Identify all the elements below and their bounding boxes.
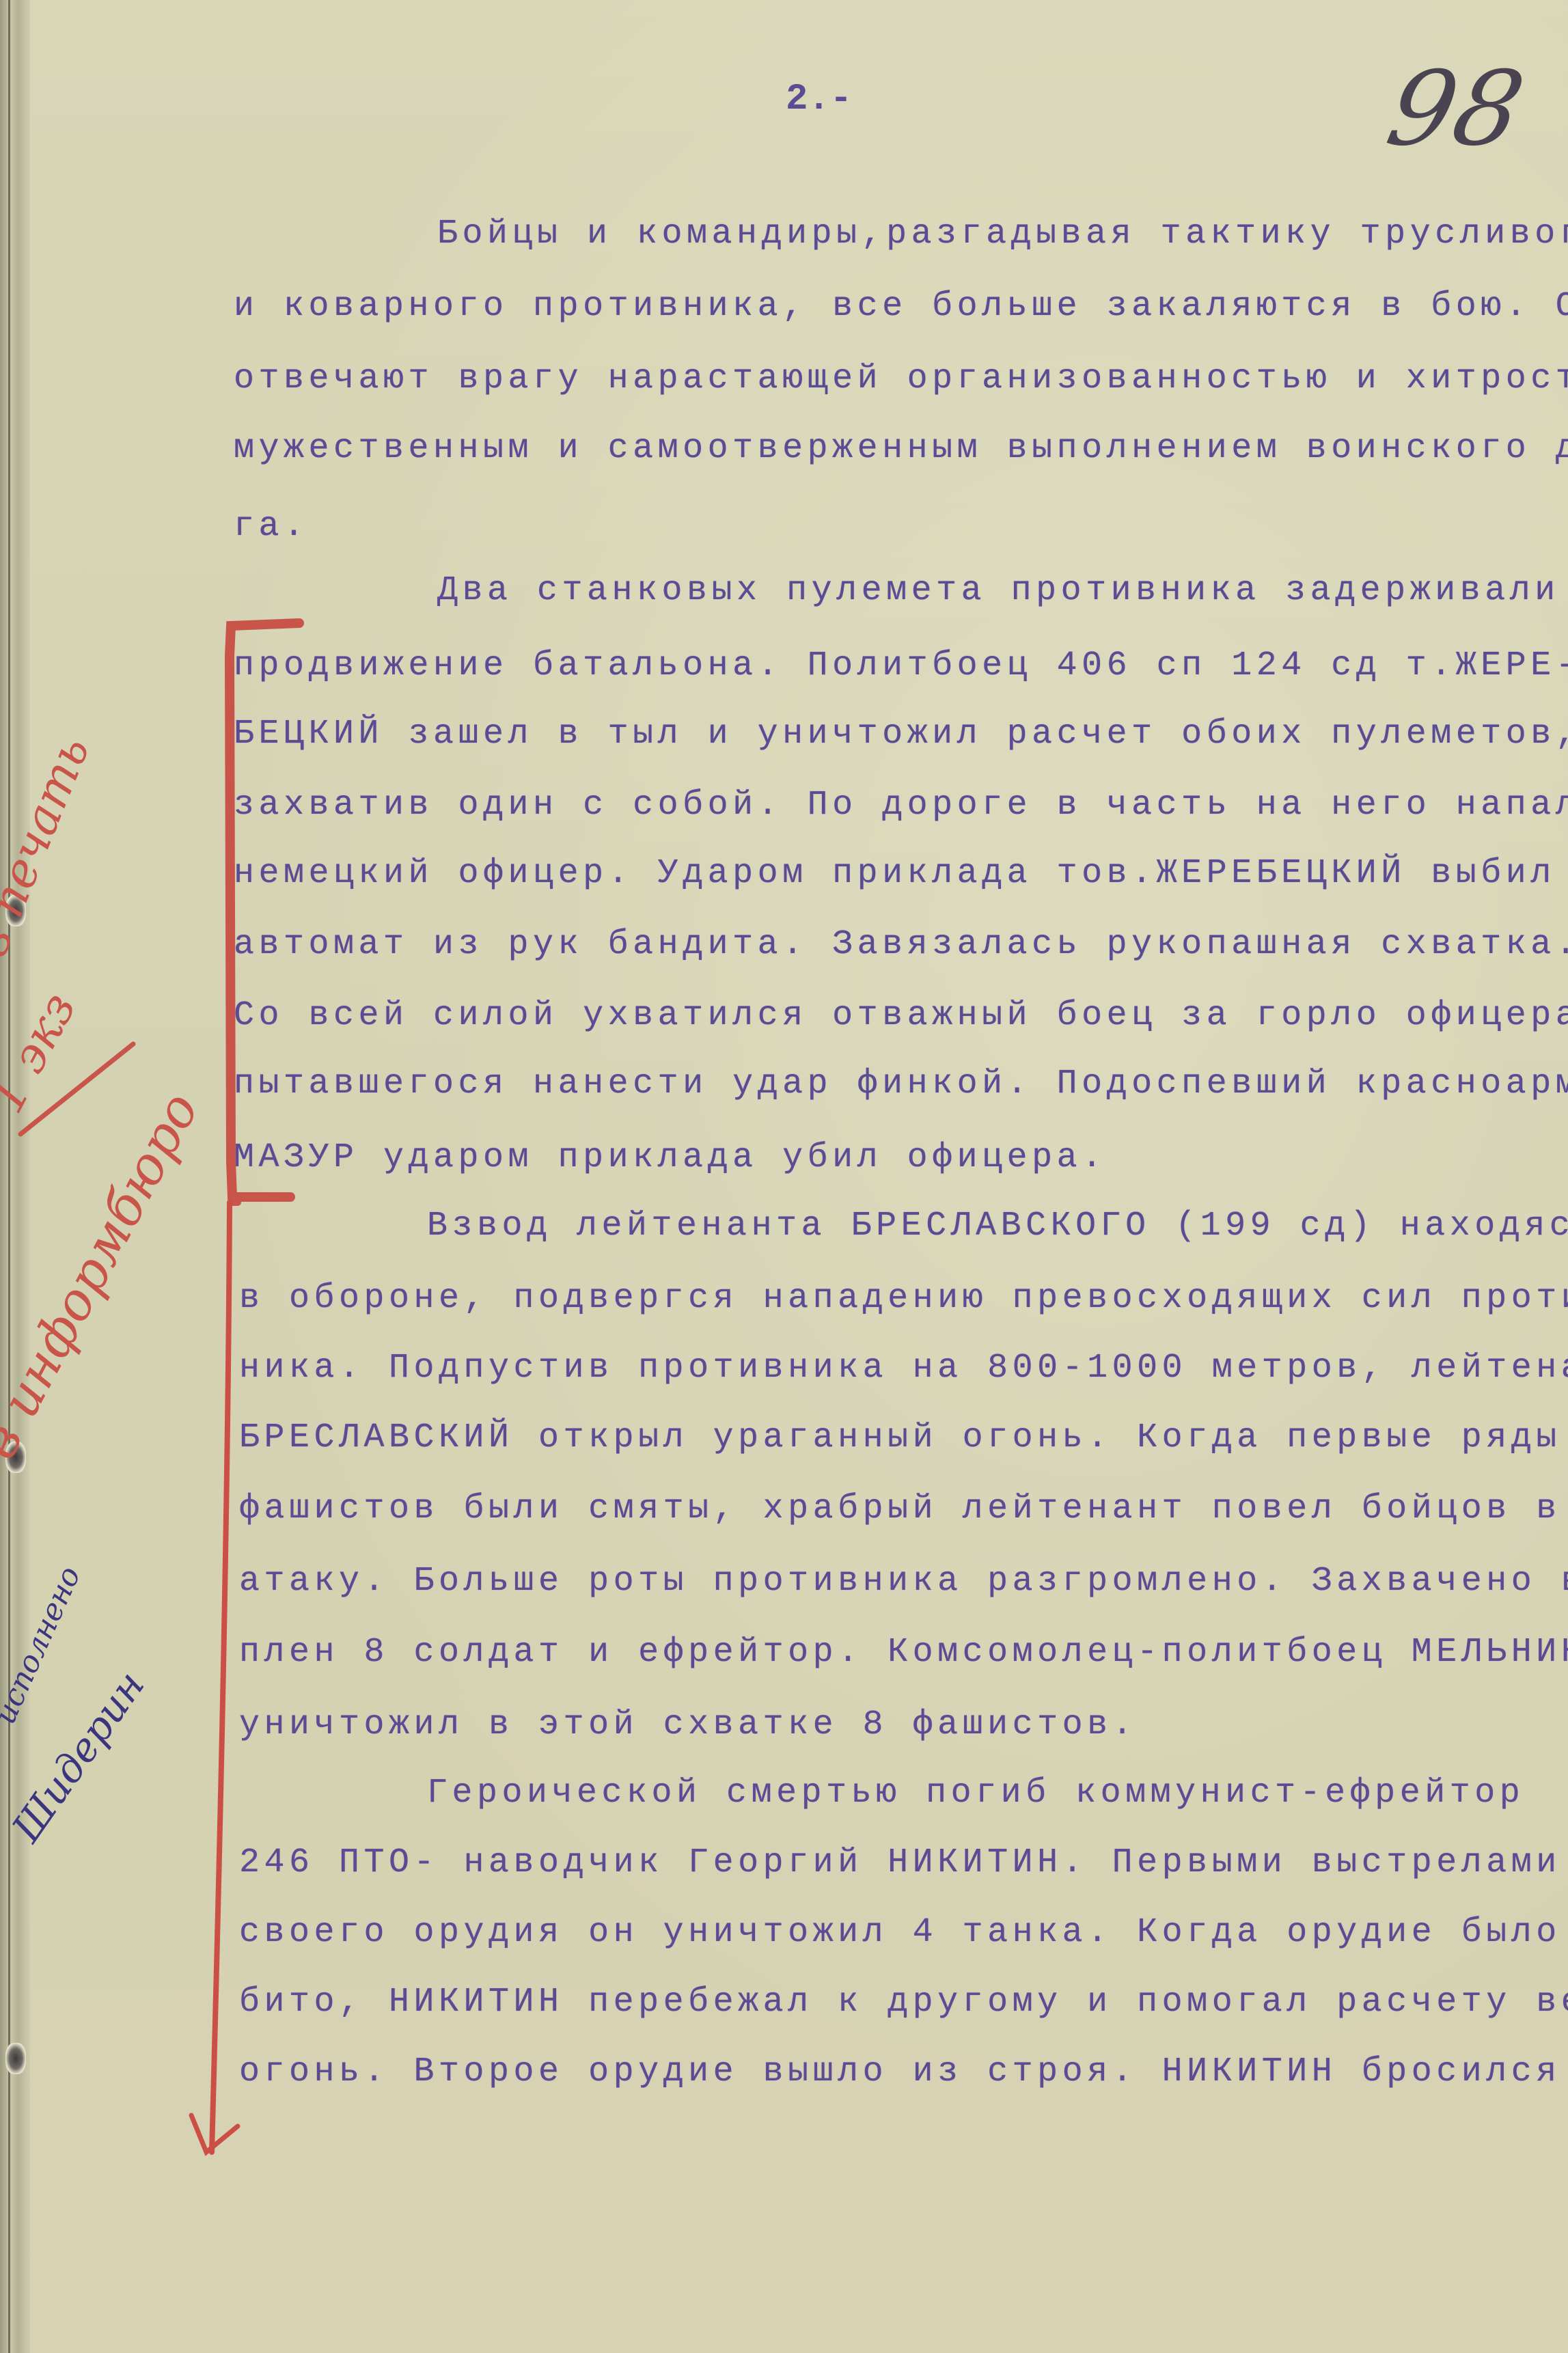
typed-line: Героической смертью погиб коммунист-ефре…: [427, 1776, 1524, 1811]
typed-line: фашистов были смяты, храбрый лейтенант п…: [239, 1492, 1561, 1526]
typed-line: 246 ПТО- наводчик Георгий НИКИТИН. Первы…: [239, 1846, 1561, 1880]
typed-line: пытавшегося нанести удар финкой. Подоспе…: [234, 1067, 1568, 1101]
typed-line: атаку. Больше роты противника разгромлен…: [239, 1565, 1568, 1599]
typed-line: Два станковых пулемета противника задерж…: [437, 574, 1560, 608]
page-number: 2.-: [786, 79, 852, 120]
typed-line: Бойцы и командиры,разгадывая тактику тру…: [437, 217, 1568, 251]
typed-line: бито, НИКИТИН перебежал к другому и помо…: [239, 1985, 1568, 2020]
typed-line: в обороне, подвергся нападению превосход…: [239, 1282, 1568, 1316]
typed-line: захватив один с собой. По дороге в часть…: [234, 788, 1568, 823]
typed-line: га.: [234, 510, 309, 544]
archive-sheet-number: 98: [1379, 58, 1532, 161]
typed-line: своего орудия он уничтожил 4 танка. Когд…: [239, 1916, 1568, 1950]
typed-line: уничтожил в этой схватке 8 фашистов.: [239, 1708, 1137, 1742]
typed-line: плен 8 солдат и ефрейтор. Комсомолец-пол…: [239, 1636, 1568, 1670]
typed-line: огонь. Второе орудие вышло из строя. НИК…: [239, 2055, 1561, 2089]
typed-line: Со всей силой ухватился отважный боец за…: [234, 999, 1568, 1033]
typed-line: ника. Подпустив противника на 800-1000 м…: [239, 1351, 1568, 1386]
binding-edge: [0, 0, 30, 2353]
binding-crease: [8, 0, 10, 2353]
typed-line: Взвод лейтенанта БРЕСЛАВСКОГО (199 сд) н…: [427, 1209, 1568, 1243]
typed-line: отвечают врагу нарастающей организованно…: [234, 362, 1568, 396]
typed-line: немецкий офицер. Ударом приклада тов.ЖЕР…: [234, 857, 1556, 891]
typed-line: БЕЦКИЙ зашел в тыл и уничтожил расчет об…: [234, 717, 1568, 752]
binding-hole-3: [5, 2043, 26, 2074]
typed-line: БРЕСЛАВСКИЙ открыл ураганный огонь. Когд…: [239, 1421, 1561, 1455]
typed-line: и коварного противника, все больше закал…: [234, 290, 1568, 324]
typed-line: автомат из рук бандита. Завязалась рукоп…: [234, 928, 1568, 962]
typed-line: МАЗУР ударом приклада убил офицера.: [234, 1141, 1107, 1175]
typed-line: продвижение батальона. Политбоец 406 сп …: [234, 649, 1568, 683]
typed-line: мужественным и самоотверженным выполнени…: [234, 432, 1568, 466]
